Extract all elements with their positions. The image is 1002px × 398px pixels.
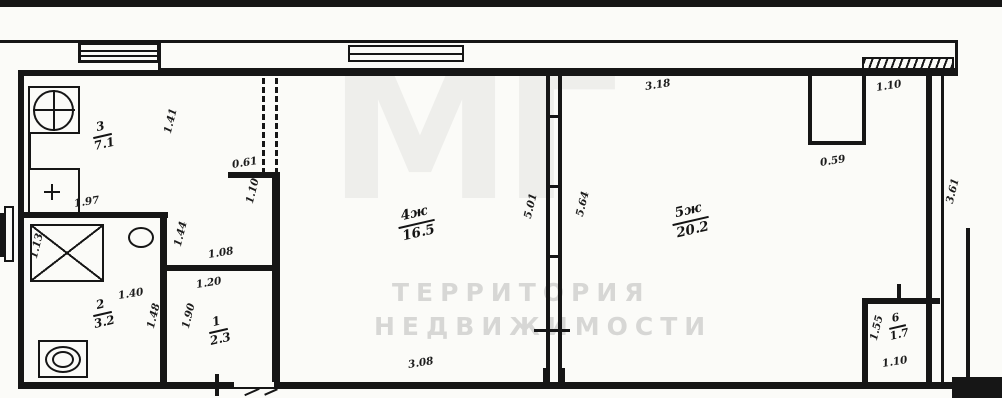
- wall-right-inner-line: [941, 74, 944, 382]
- window-mullion: [81, 55, 157, 57]
- dim-room4-bottom: 3.08: [407, 355, 434, 371]
- room-label-closet: 6 1.7: [885, 310, 910, 343]
- wall-left: [18, 70, 24, 388]
- room-label-kitchen: 3 7.1: [89, 118, 116, 153]
- dim-hall-height: 1.90: [180, 302, 198, 330]
- wall-tick: [897, 284, 901, 304]
- room-label-hall: 1 2.3: [205, 313, 232, 348]
- wall-top: [18, 70, 958, 76]
- washbasin-icon: [128, 227, 154, 248]
- wall-tick: [534, 329, 570, 332]
- balcony-slab: [158, 40, 958, 71]
- door-swing: [264, 388, 278, 396]
- wall-right: [926, 70, 932, 389]
- niche-wall: [862, 76, 866, 144]
- scan-edge: [0, 0, 1002, 7]
- window-icon: [348, 45, 464, 62]
- counter-edge: [28, 134, 31, 168]
- dim-kitchen-bottom: 1.97: [73, 194, 100, 210]
- wall-partition-45: [558, 76, 562, 383]
- room-label-bathroom: 2 3.2: [89, 296, 116, 331]
- dashed-partition: [262, 78, 265, 174]
- dim-hall-upper-left: 1.44: [172, 220, 190, 248]
- window-icon: [78, 42, 160, 63]
- wall-closet-left: [862, 298, 868, 384]
- toilet-bowl-inner: [52, 351, 74, 368]
- dim-closet-height: 1.55: [868, 314, 886, 342]
- wall-rung: [550, 255, 558, 258]
- sink-cross: [51, 184, 53, 200]
- dim-hall-width: 1.20: [195, 275, 222, 291]
- wall-tick: [543, 368, 547, 384]
- window-mullion: [350, 53, 462, 55]
- dim-room5-top-right: 1.10: [875, 78, 902, 94]
- dim-room5-top: 3.18: [644, 77, 671, 93]
- stove-cross: [53, 90, 55, 131]
- dim-nook-height: 1.10: [244, 177, 262, 205]
- niche-wall: [808, 141, 866, 145]
- dim-hall-upper-width: 1.08: [207, 245, 234, 261]
- dim-nook-width: 0.61: [231, 155, 258, 171]
- wall-corner-block: [952, 377, 1002, 398]
- stove-icon: [28, 86, 80, 134]
- dim-bath-width: 1.40: [117, 286, 144, 302]
- toilet-icon: [38, 340, 88, 378]
- dashed-partition: [275, 78, 278, 174]
- wall-partition-45: [546, 76, 550, 383]
- niche-wall: [808, 76, 812, 144]
- sink-counter-icon: [28, 168, 80, 214]
- wall-hall-top: [163, 265, 277, 271]
- window-mullion: [81, 50, 157, 52]
- room-label-living2: 5ж 20.2: [669, 199, 713, 241]
- watermark-text-line1: ТЕРРИТОРИЯ: [392, 278, 651, 307]
- wall-rung: [550, 185, 558, 188]
- wall-closet-top: [862, 298, 940, 304]
- dim-kitchen-right: 1.41: [162, 107, 180, 135]
- dim-closet-width: 1.10: [881, 354, 908, 370]
- door-tick: [215, 374, 219, 396]
- floor-plan: МГ ТЕРРИТОРИЯ НЕДВИЖИМОСТИ: [0, 0, 1002, 398]
- door-swing: [244, 388, 259, 396]
- wall-rung: [550, 115, 558, 118]
- wall-bath-hall: [160, 218, 167, 384]
- duct-shaft: [4, 206, 14, 262]
- wall-tick: [561, 368, 565, 384]
- wall-hall-right: [272, 172, 280, 384]
- dim-niche: 0.59: [819, 153, 846, 169]
- watermark-text-line2: НЕДВИЖИМОСТИ: [374, 312, 712, 341]
- dim-room5-right: 3.61: [944, 177, 962, 205]
- wall-neighbor: [966, 228, 970, 382]
